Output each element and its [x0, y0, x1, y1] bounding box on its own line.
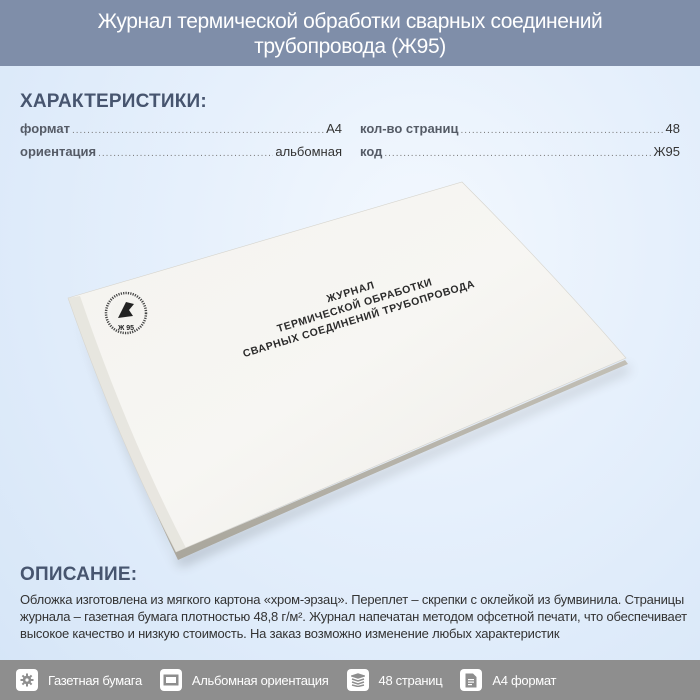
feature-paper: Газетная бумага — [16, 669, 142, 691]
feature-pages: 48 страниц — [347, 669, 443, 691]
feature-label: Газетная бумага — [48, 673, 142, 688]
svg-text:Ж 95: Ж 95 — [117, 325, 134, 332]
gear-icon — [16, 669, 38, 691]
layers-icon — [347, 669, 369, 691]
document-icon — [460, 669, 482, 691]
feature-label: Альбомная ориентация — [192, 673, 329, 688]
feature-label: А4 формат — [492, 673, 556, 688]
feature-label: 48 страниц — [379, 673, 443, 688]
features-bar: Газетная бумага Альбомная ориентация 48 … — [0, 660, 700, 700]
feature-format: А4 формат — [460, 669, 556, 691]
description-text: Обложка изготовлена из мягкого картона «… — [20, 591, 690, 642]
description-title: ОПИСАНИЕ: — [20, 564, 137, 586]
publisher-logo: Ж 95 — [103, 290, 149, 336]
feature-orientation: Альбомная ориентация — [160, 669, 329, 691]
landscape-icon — [160, 669, 182, 691]
